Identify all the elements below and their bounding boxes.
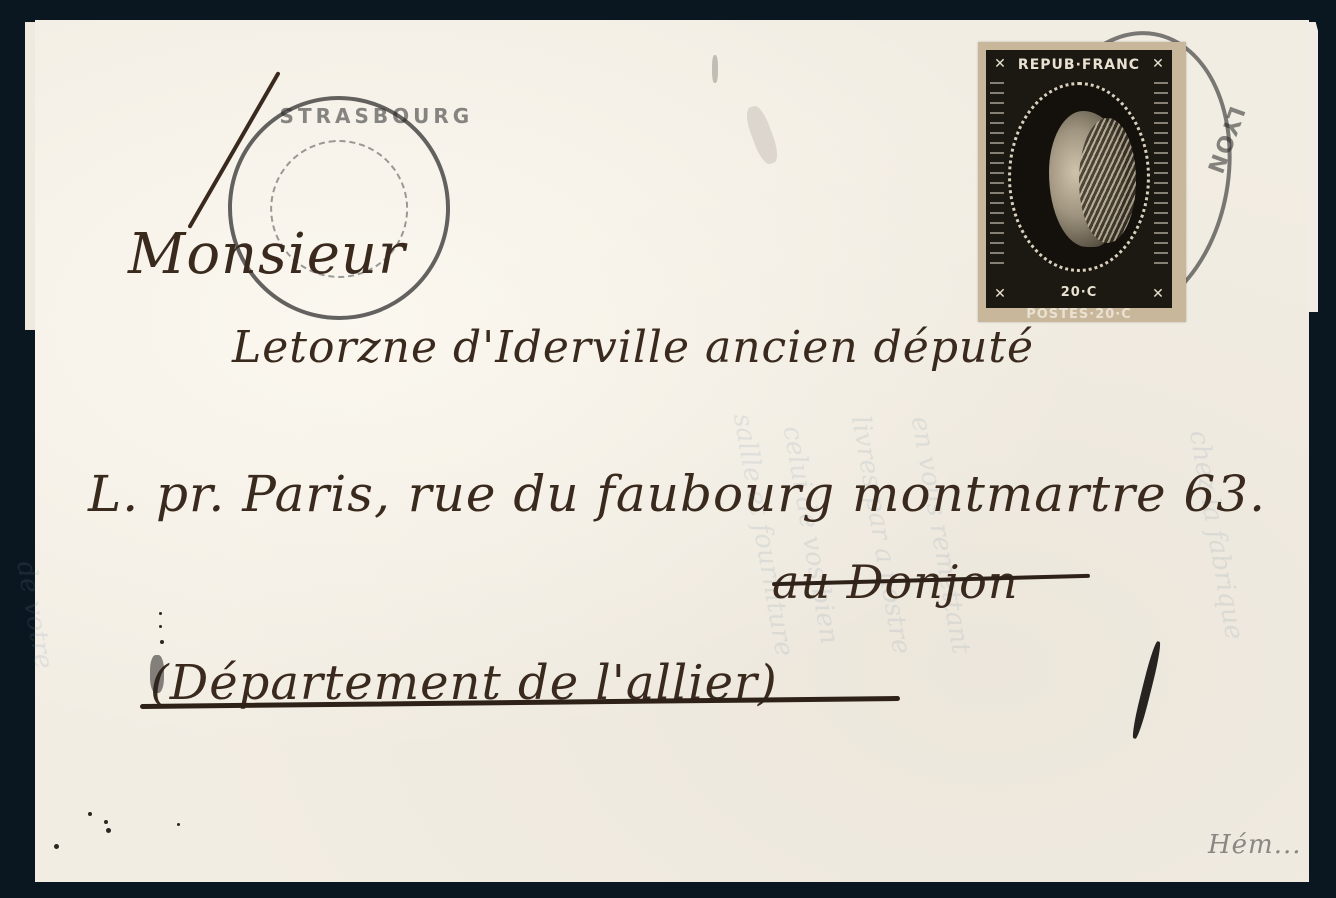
stamp-corner-icon: ✕	[1148, 284, 1168, 304]
stamp-top-legend: REPUB·FRANC	[1010, 54, 1148, 76]
left-postmark-town: STRASBOURG	[280, 104, 474, 128]
ink-dot	[54, 844, 59, 849]
letter-photo: sallle et fourniture celui de vos bien l…	[0, 0, 1336, 898]
stamp-corner-icon: ✕	[990, 284, 1010, 304]
ink-dot	[106, 828, 111, 833]
stamp-frame: ✕ ✕ ✕ ✕ REPUB·FRANC 20·C POSTES·20·C	[986, 50, 1172, 308]
ink-dot	[104, 820, 108, 824]
ink-blot	[150, 655, 164, 693]
address-street-line: L. pr. Paris, rue du faubourg montmartre…	[88, 465, 1266, 523]
expert-signature: Hém...	[1208, 830, 1302, 860]
ceres-hair-icon	[1079, 118, 1136, 243]
stamp-corner-icon: ✕	[990, 54, 1010, 74]
stamp-medallion	[1008, 82, 1150, 272]
ink-smudge	[712, 55, 718, 83]
ink-dot	[88, 812, 92, 816]
stamp-bottom-legend: 20·C POSTES·20·C	[1010, 282, 1148, 304]
postage-stamp: ✕ ✕ ✕ ✕ REPUB·FRANC 20·C POSTES·20·C	[978, 42, 1186, 322]
ink-dot	[159, 625, 162, 628]
stamp-right-border	[1154, 82, 1168, 272]
address-name-line: Letorzne d'Iderville ancien député	[232, 322, 1034, 373]
stamp-left-border	[990, 82, 1004, 272]
stamp-corner-icon: ✕	[1148, 54, 1168, 74]
ink-dot	[159, 612, 162, 615]
ink-dot	[160, 640, 164, 644]
ink-dot	[177, 823, 180, 826]
address-salutation: Monsieur	[128, 222, 406, 287]
